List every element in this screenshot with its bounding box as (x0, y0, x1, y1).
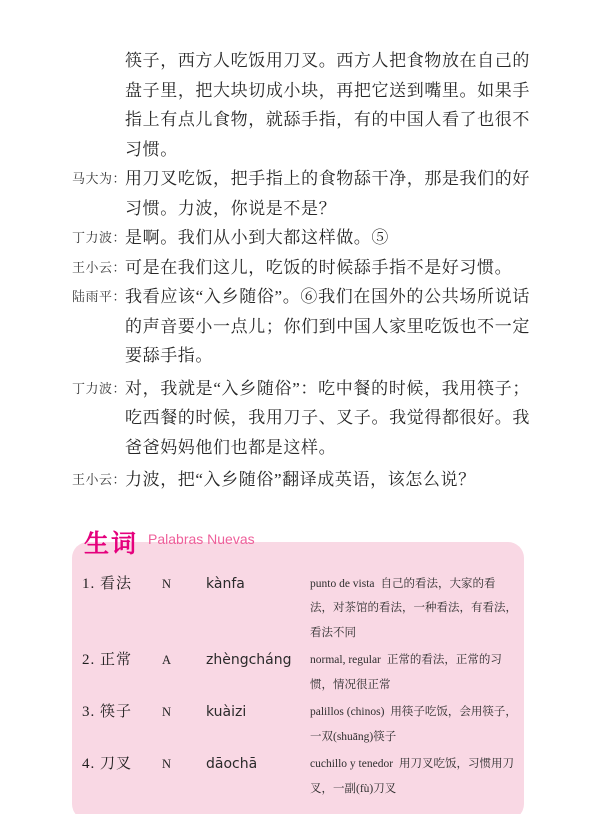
vocab-pos: N (162, 752, 206, 777)
dialogue-text: 我看应该“入乡随俗”。⑥我们在国外的公共场所说话的声音要小一点儿；你们到中国人家… (125, 282, 530, 371)
vocab-header: 生词 Palabras Nuevas (72, 531, 530, 557)
speaker-label: 马大为： (72, 164, 125, 194)
vocab-row: 2. 正常 A zhèngcháng normal, regular正常的看法，… (82, 648, 518, 697)
dialogue-text: 是啊。我们从小到大都这样做。⑤ (125, 223, 530, 253)
dialogue-turn: 马大为： 用刀叉吃饭，把手指上的食物舔干净，那是我们的好习惯。力波，你说是不是？ (72, 164, 530, 223)
dialogue-text: 用刀叉吃饭，把手指上的食物舔干净，那是我们的好习惯。力波，你说是不是？ (125, 164, 530, 223)
vocab-pinyin: kànfa (206, 572, 310, 596)
vocab-definition: punto de vista自己的看法，大家的看法，对茶馆的看法，一种看法，有看… (310, 572, 518, 646)
speaker-label: 丁力波： (72, 223, 125, 253)
vocab-word: 1. 看法 (82, 572, 162, 596)
vocab-pinyin: dāochā (206, 752, 310, 776)
vocab-title-chinese: 生词 (84, 531, 138, 557)
dialogue-text: 对，我就是“入乡随俗”：吃中餐的时候，我用筷子；吃西餐的时候，我用刀子、叉子。我… (125, 374, 530, 463)
vocab-row: 1. 看法 N kànfa punto de vista自己的看法，大家的看法，… (82, 572, 518, 646)
speaker-label: 王小云： (72, 465, 125, 495)
dialogue-section: 筷子，西方人吃饭用刀叉。西方人把食物放在自己的盘子里，把大块切成小块，再把它送到… (72, 46, 530, 495)
vocab-section: 生词 Palabras Nuevas 1. 看法 N kànfa punto d… (72, 531, 530, 814)
vocab-row: 4. 刀叉 N dāochā cuchillo y tenedor用刀叉吃饭，习… (82, 752, 518, 801)
speaker-label: 丁力波： (72, 374, 125, 404)
textbook-page: 筷子，西方人吃饭用刀叉。西方人把食物放在自己的盘子里，把大块切成小块，再把它送到… (0, 0, 600, 814)
speaker-label: 王小云： (72, 253, 125, 283)
vocab-word: 4. 刀叉 (82, 752, 162, 776)
vocab-word: 2. 正常 (82, 648, 162, 672)
dialogue-turn: 王小云： 可是在我们这儿，吃饭的时候舔手指不是好习惯。 (72, 253, 530, 283)
vocab-gloss: cuchillo y tenedor (310, 758, 393, 770)
dialogue-continuation: 筷子，西方人吃饭用刀叉。西方人把食物放在自己的盘子里，把大块切成小块，再把它送到… (72, 46, 530, 164)
vocab-pos: N (162, 572, 206, 597)
dialogue-turn: 丁力波： 是啊。我们从小到大都这样做。⑤ (72, 223, 530, 253)
vocab-pos: N (162, 700, 206, 725)
dialogue-text: 力波，把“入乡随俗”翻译成英语，该怎么说？ (125, 465, 530, 495)
dialogue-turn: 陆雨平： 我看应该“入乡随俗”。⑥我们在国外的公共场所说话的声音要小一点儿；你们… (72, 282, 530, 371)
dialogue-turn: 丁力波： 对，我就是“入乡随俗”：吃中餐的时候，我用筷子；吃西餐的时候，我用刀子… (72, 374, 530, 463)
dialogue-text: 筷子，西方人吃饭用刀叉。西方人把食物放在自己的盘子里，把大块切成小块，再把它送到… (125, 46, 530, 164)
vocab-pinyin: kuàizi (206, 700, 310, 724)
vocab-row: 3. 筷子 N kuàizi palillos (chinos)用筷子吃饭，会用… (82, 700, 518, 749)
vocab-definition: palillos (chinos)用筷子吃饭，会用筷子，一双(shuāng)筷子 (310, 700, 518, 749)
speaker-label: 陆雨平： (72, 282, 125, 312)
dialogue-turn: 王小云： 力波，把“入乡随俗”翻译成英语，该怎么说？ (72, 465, 530, 495)
vocab-title-spanish: Palabras Nuevas (148, 531, 255, 546)
vocab-gloss: punto de vista (310, 578, 375, 590)
vocab-definition: normal, regular正常的看法，正常的习惯，情况很正常 (310, 648, 518, 697)
dialogue-text: 可是在我们这儿，吃饭的时候舔手指不是好习惯。 (125, 253, 530, 283)
vocab-gloss: palillos (chinos) (310, 706, 384, 718)
vocab-word: 3. 筷子 (82, 700, 162, 724)
vocab-pos: A (162, 648, 206, 673)
vocab-table: 1. 看法 N kànfa punto de vista自己的看法，大家的看法，… (72, 542, 524, 814)
vocab-gloss: normal, regular (310, 654, 381, 666)
vocab-pinyin: zhèngcháng (206, 648, 310, 672)
vocab-definition: cuchillo y tenedor用刀叉吃饭，习惯用刀叉，一副(fù)刀叉 (310, 752, 518, 801)
